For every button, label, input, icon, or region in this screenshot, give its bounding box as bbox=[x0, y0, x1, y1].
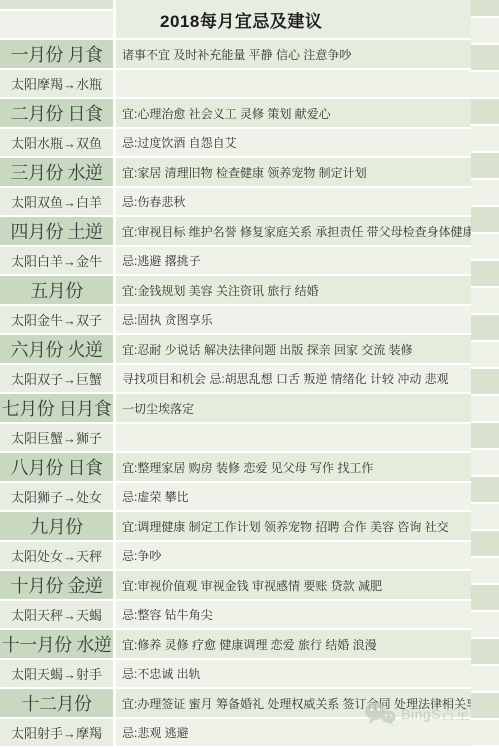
month-main-row: 十月份 金逆 宜:审视价值观 审视金钱 审视感情 要账 贷款 减肥 bbox=[0, 571, 471, 601]
sun-transition-label: 太阳狮子→处女 bbox=[0, 483, 116, 512]
advice-good: 一切尘埃落定 bbox=[116, 394, 471, 424]
month-blocks: 一月份 月食 诸事不宜 及时补充能量 平静 信心 注意争吵 太阳摩羯→水瓶 二月… bbox=[0, 40, 471, 747]
month-block: 一月份 月食 诸事不宜 及时补充能量 平静 信心 注意争吵 太阳摩羯→水瓶 bbox=[0, 40, 471, 99]
month-sub-row: 太阳水瓶→双鱼 忌:过度饮酒 自怨自艾 bbox=[0, 129, 471, 158]
sun-transition-label: 太阳天蝎→射手 bbox=[0, 660, 116, 689]
month-label: 十月份 金逆 bbox=[0, 571, 116, 601]
advice-bad: 寻找项目和机会 忌:胡思乱想 口舌 叛逆 情绪化 计较 冲动 悲观 bbox=[116, 365, 471, 394]
month-main-row: 六月份 火逆 宜:忍耐 少说话 解决法律问题 出版 探亲 回家 交流 装修 bbox=[0, 335, 471, 365]
month-label: 十一月份 水逆 bbox=[0, 630, 116, 660]
month-label: 五月份 bbox=[0, 276, 116, 306]
sun-transition-label: 太阳水瓶→双鱼 bbox=[0, 129, 116, 158]
advice-good: 诸事不宜 及时补充能量 平静 信心 注意争吵 bbox=[116, 40, 471, 70]
header-left-cell bbox=[0, 0, 116, 40]
month-label: 四月份 土逆 bbox=[0, 217, 116, 247]
advice-bad bbox=[116, 424, 471, 453]
advice-bad: 忌:整容 钻牛角尖 bbox=[116, 601, 471, 630]
advice-bad bbox=[116, 70, 471, 99]
table-rows: 2018每月宜忌及建议 一月份 月食 诸事不宜 及时补充能量 平静 信心 注意争… bbox=[0, 0, 471, 747]
month-sub-row: 太阳金牛→双子 忌:固执 贪图享乐 bbox=[0, 306, 471, 335]
month-label: 二月份 日食 bbox=[0, 99, 116, 129]
month-sub-row: 太阳天秤→天蝎 忌:整容 钻牛角尖 bbox=[0, 601, 471, 630]
sun-transition-label: 太阳白羊→金牛 bbox=[0, 247, 116, 276]
month-label: 十二月份 bbox=[0, 689, 116, 719]
advice-good: 宜:审视目标 维护名誉 修复家庭关系 承担责任 带父母检查身体健康 bbox=[116, 217, 471, 247]
sun-transition-label: 太阳金牛→双子 bbox=[0, 306, 116, 335]
month-main-row: 十一月份 水逆 宜:修养 灵修 疗愈 健康调理 恋爱 旅行 结婚 浪漫 bbox=[0, 630, 471, 660]
month-sub-row: 太阳巨蟹→狮子 bbox=[0, 424, 471, 453]
month-label: 八月份 日食 bbox=[0, 453, 116, 483]
advice-bad: 忌:争吵 bbox=[116, 542, 471, 571]
page-title: 2018每月宜忌及建议 bbox=[116, 0, 471, 40]
advice-bad: 忌:逃避 撂挑子 bbox=[116, 247, 471, 276]
month-sub-row: 太阳白羊→金牛 忌:逃避 撂挑子 bbox=[0, 247, 471, 276]
month-sub-row: 太阳双鱼→白羊 忌:伤春悲秋 bbox=[0, 188, 471, 217]
month-label: 九月份 bbox=[0, 512, 116, 542]
month-block: 九月份 宜:调理健康 制定工作计划 领养宠物 招聘 合作 美容 咨询 社交 太阳… bbox=[0, 512, 471, 571]
advice-good: 宜:修养 灵修 疗愈 健康调理 恋爱 旅行 结婚 浪漫 bbox=[116, 630, 471, 660]
watermark-text: BingS占星 bbox=[401, 704, 470, 724]
month-block: 三月份 水逆 宜:家居 清理旧物 检查健康 领养宠物 制定计划 太阳双鱼→白羊 … bbox=[0, 158, 471, 217]
advice-good: 宜:忍耐 少说话 解决法律问题 出版 探亲 回家 交流 装修 bbox=[116, 335, 471, 365]
advice-bad: 忌:伤春悲秋 bbox=[116, 188, 471, 217]
header-row: 2018每月宜忌及建议 bbox=[0, 0, 471, 40]
advice-bad: 忌:虚荣 攀比 bbox=[116, 483, 471, 512]
month-block: 六月份 火逆 宜:忍耐 少说话 解决法律问题 出版 探亲 回家 交流 装修 太阳… bbox=[0, 335, 471, 394]
month-main-row: 二月份 日食 宜:心理治愈 社会义工 灵修 策划 献爱心 bbox=[0, 99, 471, 129]
advice-good: 宜:金钱规划 美容 关注资讯 旅行 结婚 bbox=[116, 276, 471, 306]
sun-transition-label: 太阳双鱼→白羊 bbox=[0, 188, 116, 217]
sun-transition-label: 太阳射手→摩羯 bbox=[0, 719, 116, 747]
sun-transition-label: 太阳巨蟹→狮子 bbox=[0, 424, 116, 453]
month-block: 四月份 土逆 宜:审视目标 维护名誉 修复家庭关系 承担责任 带父母检查身体健康… bbox=[0, 217, 471, 276]
month-block: 七月份 日月食 一切尘埃落定 太阳巨蟹→狮子 bbox=[0, 394, 471, 453]
month-block: 十一月份 水逆 宜:修养 灵修 疗愈 健康调理 恋爱 旅行 结婚 浪漫 太阳天蝎… bbox=[0, 630, 471, 689]
sun-transition-label: 太阳处女→天秤 bbox=[0, 542, 116, 571]
month-main-row: 八月份 日食 宜:整理家居 购房 装修 恋爱 见父母 写作 找工作 bbox=[0, 453, 471, 483]
header-top-band bbox=[0, 0, 113, 11]
month-label: 三月份 水逆 bbox=[0, 158, 116, 188]
advice-good: 宜:调理健康 制定工作计划 领养宠物 招聘 合作 美容 咨询 社交 bbox=[116, 512, 471, 542]
month-label: 七月份 日月食 bbox=[0, 394, 116, 424]
month-block: 五月份 宜:金钱规划 美容 关注资讯 旅行 结婚 太阳金牛→双子 忌:固执 贪图… bbox=[0, 276, 471, 335]
month-sub-row: 太阳摩羯→水瓶 bbox=[0, 70, 471, 99]
month-block: 八月份 日食 宜:整理家居 购房 装修 恋爱 见父母 写作 找工作 太阳狮子→处… bbox=[0, 453, 471, 512]
right-strip-column bbox=[471, 0, 499, 747]
wechat-icon bbox=[364, 701, 396, 726]
month-block: 十月份 金逆 宜:审视价值观 审视金钱 审视感情 要账 贷款 减肥 太阳天秤→天… bbox=[0, 571, 471, 630]
month-main-row: 四月份 土逆 宜:审视目标 维护名誉 修复家庭关系 承担责任 带父母检查身体健康 bbox=[0, 217, 471, 247]
watermark: BingS占星 bbox=[364, 701, 470, 726]
month-main-row: 五月份 宜:金钱规划 美容 关注资讯 旅行 结婚 bbox=[0, 276, 471, 306]
month-block: 二月份 日食 宜:心理治愈 社会义工 灵修 策划 献爱心 太阳水瓶→双鱼 忌:过… bbox=[0, 99, 471, 158]
advice-good: 宜:审视价值观 审视金钱 审视感情 要账 贷款 减肥 bbox=[116, 571, 471, 601]
advice-bad: 忌:不忠诚 出轨 bbox=[116, 660, 471, 689]
sun-transition-label: 太阳双子→巨蟹 bbox=[0, 365, 116, 394]
month-main-row: 一月份 月食 诸事不宜 及时补充能量 平静 信心 注意争吵 bbox=[0, 40, 471, 70]
advice-bad: 忌:过度饮酒 自怨自艾 bbox=[116, 129, 471, 158]
month-label: 六月份 火逆 bbox=[0, 335, 116, 365]
month-sub-row: 太阳处女→天秤 忌:争吵 bbox=[0, 542, 471, 571]
month-sub-row: 太阳狮子→处女 忌:虚荣 攀比 bbox=[0, 483, 471, 512]
sun-transition-label: 太阳摩羯→水瓶 bbox=[0, 70, 116, 99]
advice-good: 宜:心理治愈 社会义工 灵修 策划 献爱心 bbox=[116, 99, 471, 129]
month-sub-row: 太阳天蝎→射手 忌:不忠诚 出轨 bbox=[0, 660, 471, 689]
advice-bad: 忌:固执 贪图享乐 bbox=[116, 306, 471, 335]
month-main-row: 七月份 日月食 一切尘埃落定 bbox=[0, 394, 471, 424]
advice-good: 宜:整理家居 购房 装修 恋爱 见父母 写作 找工作 bbox=[116, 453, 471, 483]
monthly-advice-table: 2018每月宜忌及建议 一月份 月食 诸事不宜 及时补充能量 平静 信心 注意争… bbox=[0, 0, 499, 747]
month-main-row: 三月份 水逆 宜:家居 清理旧物 检查健康 领养宠物 制定计划 bbox=[0, 158, 471, 188]
advice-good: 宜:家居 清理旧物 检查健康 领养宠物 制定计划 bbox=[116, 158, 471, 188]
month-label: 一月份 月食 bbox=[0, 40, 116, 70]
month-main-row: 九月份 宜:调理健康 制定工作计划 领养宠物 招聘 合作 美容 咨询 社交 bbox=[0, 512, 471, 542]
month-sub-row: 太阳双子→巨蟹 寻找项目和机会 忌:胡思乱想 口舌 叛逆 情绪化 计较 冲动 悲… bbox=[0, 365, 471, 394]
sun-transition-label: 太阳天秤→天蝎 bbox=[0, 601, 116, 630]
